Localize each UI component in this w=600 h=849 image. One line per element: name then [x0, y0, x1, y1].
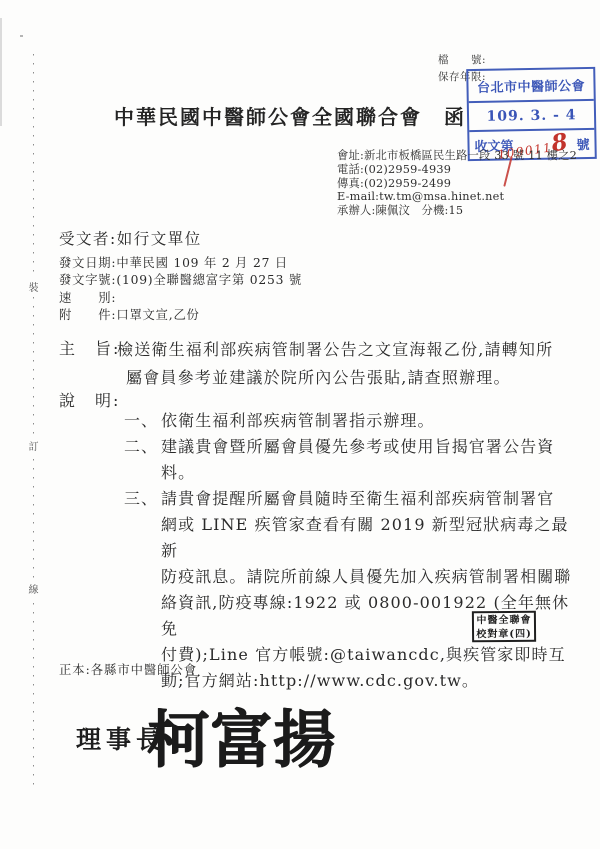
item-1-lines: 依衛生福利部疾病管制署指示辦理。 — [161, 408, 576, 434]
official-letter-page: 裝 訂 線 檔 號: 保存年限: 台北市中醫師公會 109. 3. - 4 收文… — [0, 0, 600, 849]
item-3-line-5: 付費);Line 官方帳號:@taiwancdc,與疾管家即時互 — [161, 642, 576, 668]
item-1-number: 一、 — [124, 408, 161, 434]
subject-label: 主 旨: — [59, 336, 120, 359]
recipient-label: 受文者: — [59, 230, 117, 248]
item-3-lines: 請貴會提醒所屬會員隨時至衛生福利部疾病管制署官 網或 LINE 疾管家查看有關 … — [161, 486, 576, 694]
meta-doc-number-value: (109)全聯醫總富字第 0253 號 — [116, 273, 302, 287]
meta-issue-date-label: 發文日期: — [59, 256, 116, 270]
item-1-line-1: 依衛生福利部疾病管制署指示辦理。 — [161, 408, 576, 434]
meta-attachment-value: 口罩文宣,乙份 — [116, 308, 199, 322]
item-2-number: 二、 — [124, 434, 161, 486]
address-line: 會址:新北市板橋區民生路一段 33 號 11 樓之2 — [337, 149, 577, 163]
recipient-value: 如行文單位 — [117, 230, 202, 248]
recipient-line: 受文者:如行文單位 — [59, 227, 202, 249]
binding-mark-zhuang: 裝 — [27, 276, 40, 297]
archive-no-label: 檔 號: — [438, 52, 486, 69]
phone-line: 電話:(02)2959-4939 — [337, 163, 577, 177]
received-suffix: 號 — [576, 134, 589, 153]
meta-priority: 速 別: — [59, 290, 302, 307]
item-2-line-1: 建議貴會暨所屬會員優先參考或使用旨揭官署公告資 — [161, 434, 576, 460]
description-items: 一、 依衛生福利部疾病管制署指示辦理。 二、 建議貴會暨所屬會員優先參考或使用旨… — [124, 408, 576, 694]
item-3-line-1: 請貴會提醒所屬會員隨時至衛生福利部疾病管制署官 — [161, 486, 576, 512]
meta-priority-label: 速 別: — [59, 291, 116, 305]
proofread-stamp: 中醫全聯會 校對章(四) — [472, 611, 536, 643]
scan-dot-artifact — [20, 35, 23, 37]
subject-line-2: 屬會員參考並建議於院所內公告張貼,請查照辦理。 — [117, 364, 565, 392]
email-line: E-mail:tw.tm@msa.hinet.net — [337, 190, 577, 204]
receipt-stamp-org: 台北市中醫師公會 — [468, 69, 594, 103]
contact-person-line: 承辦人:陳佩汶 分機:15 — [337, 204, 577, 218]
meta-issue-date: 發文日期:中華民國 109 年 2 月 27 日 — [59, 255, 302, 272]
binding-dotted-line — [33, 54, 34, 792]
meta-doc-number: 發文字號:(109)全聯醫總富字第 0253 號 — [59, 272, 302, 289]
binding-mark-xian: 線 — [27, 578, 40, 599]
fax-line: 傳真:(02)2959-2499 — [337, 177, 577, 191]
item-2-line-2: 料。 — [161, 460, 576, 486]
binding-mark-ding: 訂 — [27, 435, 40, 456]
proofread-stamp-line-2: 校對章(四) — [474, 627, 534, 641]
meta-doc-number-label: 發文字號: — [59, 273, 116, 287]
org-contact-block: 會址:新北市板橋區民生路一段 33 號 11 樓之2 電話:(02)2959-4… — [337, 149, 577, 218]
signer-name-signature: 柯富揚 — [147, 690, 336, 779]
meta-issue-date-value: 中華民國 109 年 2 月 27 日 — [116, 256, 288, 270]
description-label: 說 明: — [59, 388, 120, 411]
item-2-lines: 建議貴會暨所屬會員優先參考或使用旨揭官署公告資 料。 — [161, 434, 576, 486]
subject-line-1: 檢送衛生福利部疾病管制署公告之文宣海報乙份,請轉知所 — [117, 336, 565, 364]
meta-attachment: 附 件:口罩文宣,乙份 — [59, 307, 302, 324]
item-3-line-3: 防疫訊息。請院所前線人員優先加入疾病管制署相關聯 — [161, 564, 576, 590]
description-item-2: 二、 建議貴會暨所屬會員優先參考或使用旨揭官署公告資 料。 — [124, 434, 576, 486]
document-meta: 發文日期:中華民國 109 年 2 月 27 日 發文字號:(109)全聯醫總富… — [59, 255, 302, 325]
item-3-line-2: 網或 LINE 疾管家查看有關 2019 新型冠狀病毒之最新 — [161, 512, 576, 564]
subject-text: 檢送衛生福利部疾病管制署公告之文宣海報乙份,請轉知所 屬會員參考並建議於院所內公… — [117, 336, 565, 391]
meta-attachment-label: 附 件: — [59, 308, 116, 322]
copy-to-line: 正本:各縣市中醫師公會 — [59, 660, 197, 678]
description-item-1: 一、 依衛生福利部疾病管制署指示辦理。 — [124, 408, 576, 434]
proofread-stamp-line-1: 中醫全聯會 — [474, 614, 534, 628]
letter-title: 中華民國中醫師公會全國聯合會 函 — [0, 101, 580, 130]
